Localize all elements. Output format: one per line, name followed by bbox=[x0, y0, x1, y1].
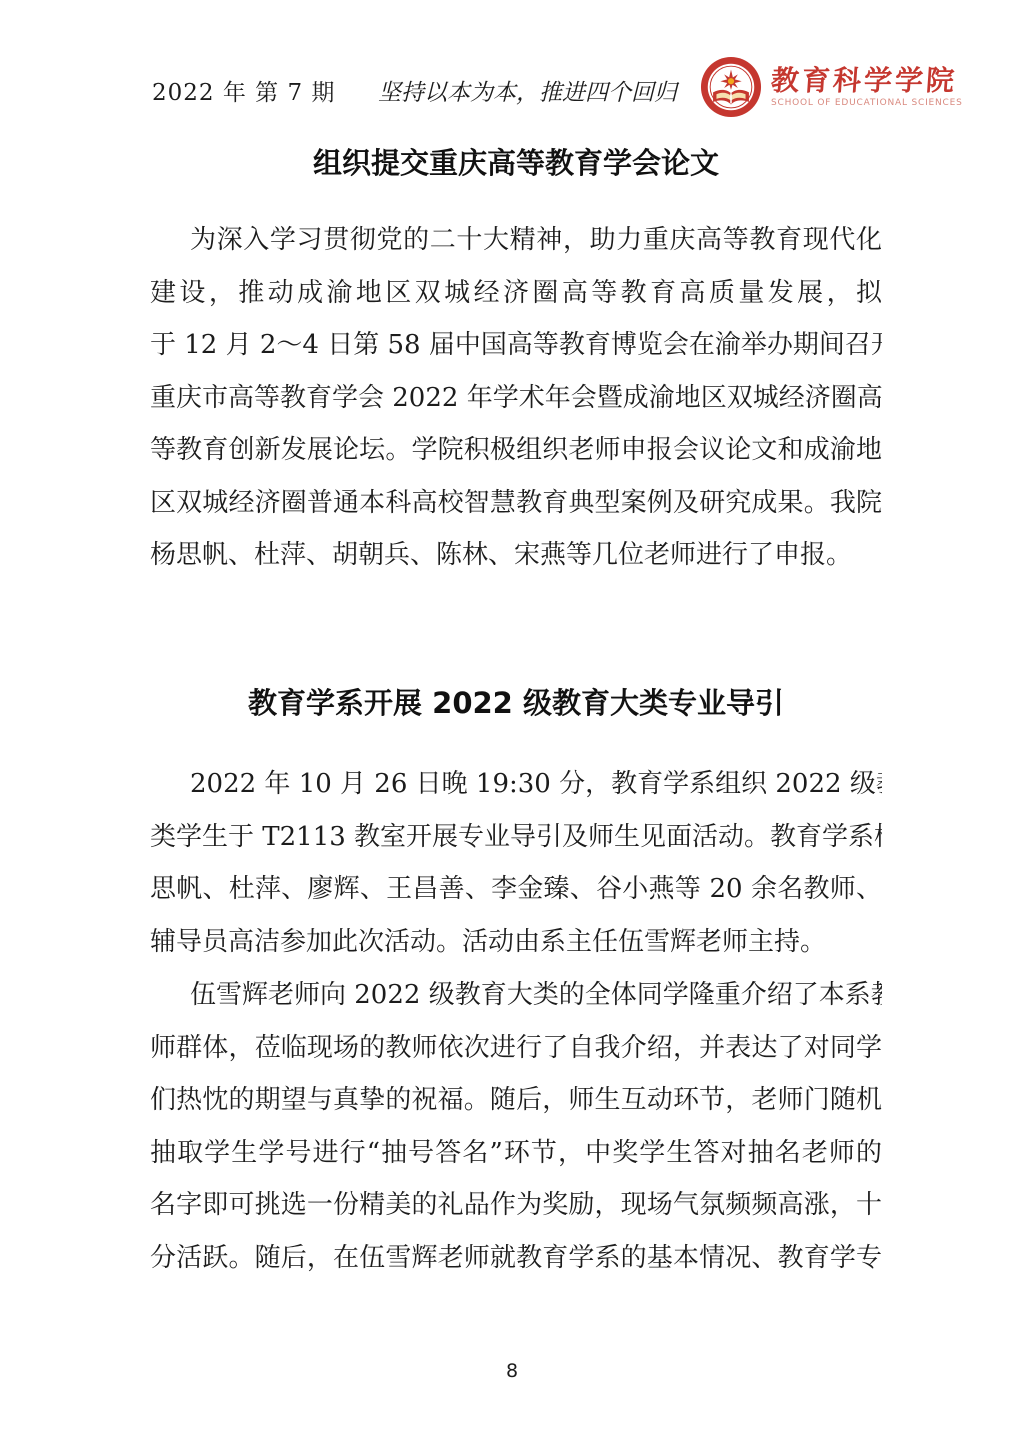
article-2-paragraph-1: 2022 年 10 月 26 日晚 19:30 分，教育学系组织 2022 级教… bbox=[150, 758, 882, 968]
text-line: 名字即可挑选一份精美的礼品作为奖励，现场气氛频频高涨，十 bbox=[150, 1179, 882, 1232]
school-name-chinese: 教育科学学院 bbox=[770, 66, 964, 97]
text-line: 抽取学生学号进行“抽号答名”环节，中奖学生答对抽名老师的 bbox=[150, 1127, 882, 1180]
page-number: 8 bbox=[0, 1360, 1024, 1382]
text-line: 师群体，莅临现场的教师依次进行了自我介绍，并表达了对同学 bbox=[150, 1022, 882, 1075]
text-line: 等教育创新发展论坛。学院积极组织老师申报会议论文和成渝地 bbox=[150, 424, 882, 477]
article-1-paragraph-1: 为深入学习贯彻党的二十大精神，助力重庆高等教育现代化 建设，推动成渝地区双城经济… bbox=[150, 214, 882, 582]
text-line: 于 12 月 2～4 日第 58 届中国高等教育博览会在渝举办期间召开 bbox=[150, 319, 882, 372]
text-line: 区双城经济圈普通本科高校智慧教育典型案例及研究成果。我院 bbox=[150, 477, 882, 530]
text-line: 重庆市高等教育学会 2022 年学术年会暨成渝地区双城经济圈高 bbox=[150, 372, 882, 425]
article-title-2: 教育学系开展 2022 级教育大类专业导引 bbox=[150, 681, 882, 722]
text-line: 2022 年 10 月 26 日晚 19:30 分，教育学系组织 2022 级教… bbox=[150, 758, 882, 811]
school-name-english: SCHOOL OF EDUCATIONAL SCIENCES bbox=[771, 98, 963, 108]
issue-number: 2022 年 第 7 期 bbox=[152, 74, 335, 107]
text-line: 思帆、杜萍、廖辉、王昌善、李金臻、谷小燕等 20 余名教师、 bbox=[150, 863, 882, 916]
article-2-paragraph-2: 伍雪辉老师向 2022 级教育大类的全体同学隆重介绍了本系教 师群体，莅临现场的… bbox=[150, 969, 882, 1284]
header-motto: 坚持以本为本，推进四个回归 bbox=[378, 74, 677, 107]
school-emblem-icon bbox=[700, 56, 762, 118]
text-line: 分活跃。随后，在伍雪辉老师就教育学系的基本情况、教育学专 bbox=[150, 1232, 882, 1285]
text-line: 伍雪辉老师向 2022 级教育大类的全体同学隆重介绍了本系教 bbox=[150, 969, 882, 1022]
school-logo-text: 教育科学学院 SCHOOL OF EDUCATIONAL SCIENCES bbox=[771, 66, 963, 109]
text-line: 们热忱的期望与真挚的祝福。随后，师生互动环节，老师门随机 bbox=[150, 1074, 882, 1127]
text-line: 为深入学习贯彻党的二十大精神，助力重庆高等教育现代化 bbox=[150, 214, 882, 267]
text-line: 杨思帆、杜萍、胡朝兵、陈林、宋燕等几位老师进行了申报。 bbox=[150, 529, 882, 582]
text-line: 辅导员高洁参加此次活动。活动由系主任伍雪辉老师主持。 bbox=[150, 916, 882, 969]
text-line: 建设，推动成渝地区双城经济圈高等教育高质量发展，拟 bbox=[150, 267, 882, 320]
text-line: 类学生于 T2113 教室开展专业导引及师生见面活动。教育学系杨 bbox=[150, 811, 882, 864]
article-title-1: 组织提交重庆高等教育学会论文 bbox=[150, 141, 882, 182]
school-logo: 教育科学学院 SCHOOL OF EDUCATIONAL SCIENCES bbox=[700, 56, 963, 118]
document-page: 2022 年 第 7 期 坚持以本为本，推进四个回归 教育科学 bbox=[0, 0, 1024, 1448]
